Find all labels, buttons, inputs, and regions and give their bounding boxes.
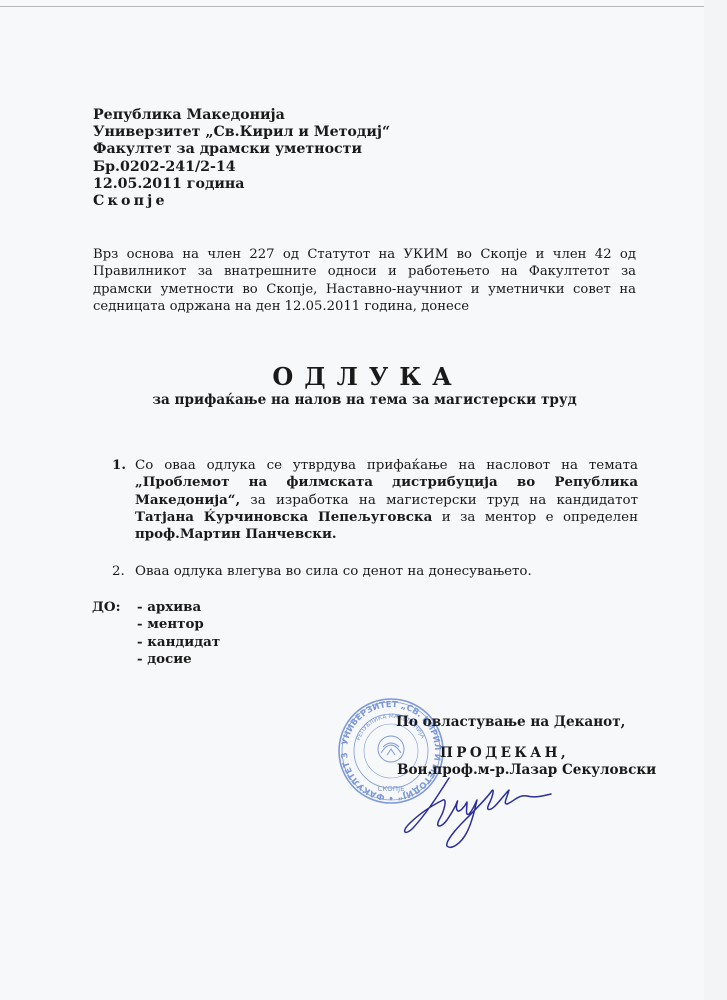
- recipient-item: - архива: [137, 599, 220, 616]
- document-page: Република Македонија Универзитет „Св.Кир…: [0, 0, 727, 1000]
- decision-subtitle: за прифаќање на налов на тема за магисте…: [0, 392, 727, 408]
- header-date: 12.05.2011 година: [93, 176, 390, 193]
- header-reference-number: Бр.0202-241/2-14: [93, 159, 390, 176]
- mentor-name: проф.Мартин Панчевски.: [135, 526, 337, 542]
- candidate-name: Татјана Ќурчиновска Пепељуговска: [135, 509, 432, 525]
- item-number: 2.: [112, 563, 125, 580]
- recipient-item: - досие: [137, 651, 220, 668]
- recipients-block: ДО: - архива - ментор - кандидат - досие: [92, 599, 220, 669]
- item-body: Со оваа одлука се утврдува прифаќање на …: [135, 457, 638, 543]
- header-country: Република Македонија: [93, 107, 390, 124]
- header-university: Универзитет „Св.Кирил и Методиј“: [93, 124, 390, 141]
- decision-title: ОДЛУКА: [0, 362, 727, 391]
- item-text: за изработка на магистерски труд на канд…: [240, 493, 638, 508]
- authority-line: По овластување на Деканот,: [396, 714, 625, 731]
- decision-items: 1. Со оваа одлука се утврдува прифаќање …: [112, 457, 638, 581]
- header-city: Скопје: [93, 193, 390, 210]
- decision-item-2: 2. Оваа одлука влегува во сила со денот …: [112, 563, 638, 580]
- scan-top-edge: [0, 6, 704, 7]
- recipient-item: - кандидат: [137, 634, 220, 651]
- recipient-item: - ментор: [137, 616, 220, 633]
- decision-item-1: 1. Со оваа одлука се утврдува прифаќање …: [112, 457, 638, 543]
- handwritten-signature-icon: [395, 770, 575, 855]
- item-body: Оваа одлука влегува во сила со денот на …: [135, 563, 638, 580]
- scan-right-edge: [704, 0, 727, 1000]
- signatory-role: ПРОДЕКАН,: [440, 745, 569, 762]
- recipients-label: ДО:: [92, 599, 121, 616]
- letterhead: Република Македонија Универзитет „Св.Кир…: [93, 107, 390, 210]
- item-text: Со оваа одлука се утврдува прифаќање на …: [135, 458, 638, 473]
- item-number: 1.: [112, 457, 126, 474]
- preamble-paragraph: Врз основа на член 227 од Статутот на УК…: [93, 246, 636, 315]
- item-text: и за ментор е определен: [432, 510, 638, 525]
- header-faculty: Факултет за драмски уметности: [93, 141, 390, 158]
